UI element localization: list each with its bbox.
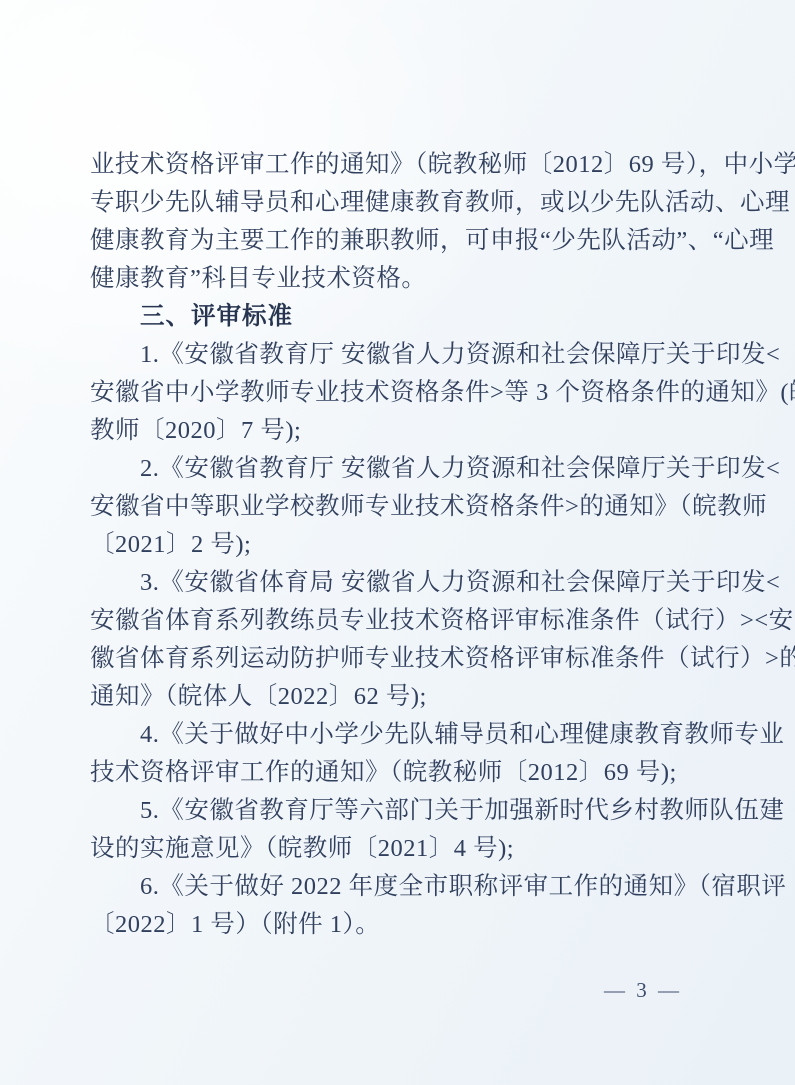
paragraph-line: 健康教育为主要工作的兼职教师，可申报“少先队活动”、“心理 <box>90 222 712 260</box>
list-item-line: 〔2022〕1 号）（附件 1）。 <box>90 906 712 944</box>
list-item-line: 3.《安徽省体育局 安徽省人力资源和社会保障厅关于印发< <box>90 564 712 602</box>
section-heading: 三、评审标准 <box>90 298 712 336</box>
list-item-line: 6.《关于做好 2022 年度全市职称评审工作的通知》（宿职评 <box>90 868 712 906</box>
paragraph-line: 业技术资格评审工作的通知》（皖教秘师〔2012〕69 号），中小学 <box>90 146 712 184</box>
list-item-line: 安徽省中小学教师专业技术资格条件>等 3 个资格条件的通知》(皖 <box>90 374 712 412</box>
list-item-line: 〔2021〕2 号); <box>90 526 712 564</box>
document-page: 业技术资格评审工作的通知》（皖教秘师〔2012〕69 号），中小学 专职少先队辅… <box>0 0 795 1085</box>
list-item-line: 教师〔2020〕7 号); <box>90 412 712 450</box>
list-item-line: 设的实施意见》（皖教师〔2021〕4 号); <box>90 830 712 868</box>
list-item-line: 安徽省体育系列教练员专业技术资格评审标准条件（试行）><安 <box>90 602 712 640</box>
list-item-line: 徽省体育系列运动防护师专业技术资格评审标准条件（试行）>的 <box>90 640 712 678</box>
list-item-line: 5.《安徽省教育厅等六部门关于加强新时代乡村教师队伍建 <box>90 792 712 830</box>
list-item-line: 通知》（皖体人〔2022〕62 号); <box>90 678 712 716</box>
paragraph-line: 专职少先队辅导员和心理健康教育教师，或以少先队活动、心理 <box>90 184 712 222</box>
list-item-line: 4.《关于做好中小学少先队辅导员和心理健康教育教师专业 <box>90 716 712 754</box>
list-item-line: 技术资格评审工作的通知》（皖教秘师〔2012〕69 号); <box>90 754 712 792</box>
document-body: 业技术资格评审工作的通知》（皖教秘师〔2012〕69 号），中小学 专职少先队辅… <box>90 146 712 944</box>
page-number: — 3 — <box>604 978 682 1003</box>
paragraph-line: 健康教育”科目专业技术资格。 <box>90 260 712 298</box>
list-item-line: 安徽省中等职业学校教师专业技术资格条件>的通知》（皖教师 <box>90 488 712 526</box>
list-item-line: 1.《安徽省教育厅 安徽省人力资源和社会保障厅关于印发< <box>90 336 712 374</box>
list-item-line: 2.《安徽省教育厅 安徽省人力资源和社会保障厅关于印发< <box>90 450 712 488</box>
